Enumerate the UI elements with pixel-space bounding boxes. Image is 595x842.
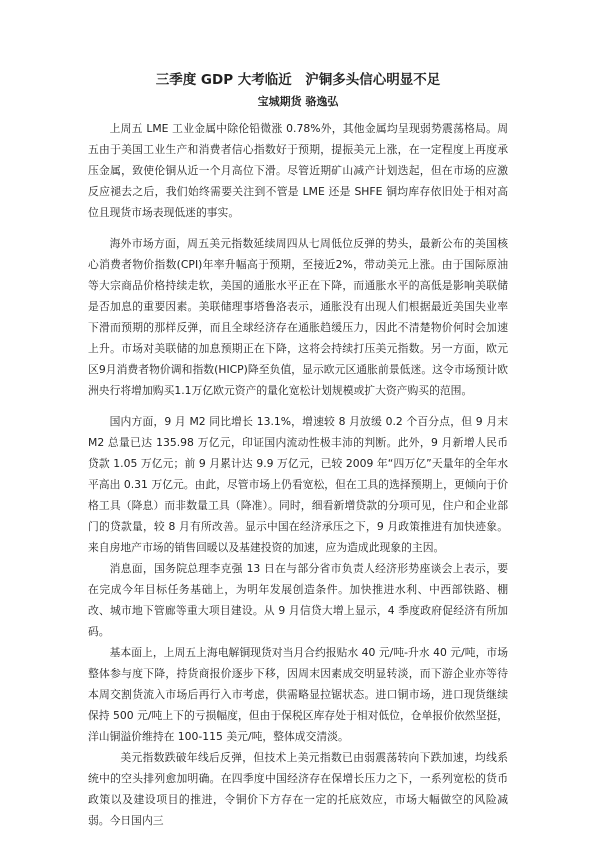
paragraph-news-state-council: 消息面，国务院总理李克强 13 日在与部分省市负责人经济形势座谈会上表示，要在完… bbox=[88, 558, 508, 642]
paragraph-overseas-markets: 海外市场方面，周五美元指数延续周四从七周低位反弹的势头，最新公布的美国核心消费者… bbox=[88, 233, 508, 401]
paragraph-lme-overview: 上周五 LME 工业金属中除伦铅微涨 0.78%外，其他金属均呈现弱势震荡格局。… bbox=[88, 118, 508, 223]
document-page: 三季度 GDP 大考临近 沪铜多头信心明显不足 宝城期货 骆逸弘 上周五 LME… bbox=[0, 0, 595, 842]
document-title: 三季度 GDP 大考临近 沪铜多头信心明显不足 bbox=[88, 70, 508, 90]
paragraph-fundamentals-spot-copper: 基本面上，上周五上海电解铜现货对当月合约报贴水 40 元/吨-升水 40 元/吨… bbox=[88, 642, 508, 747]
paragraph-domestic-m2-credit: 国内方面，9 月 M2 同比增长 13.1%，增速较 8 月放缓 0.2 个百分… bbox=[88, 411, 508, 558]
document-byline: 宝城期货 骆逸弘 bbox=[88, 93, 508, 111]
document-body: 上周五 LME 工业金属中除伦铅微涨 0.78%外，其他金属均呈现弱势震荡格局。… bbox=[88, 118, 508, 831]
paragraph-dollar-index-outlook: 美元指数跌破年线后反弹，但技术上美元指数已由弱震荡转向下跌加速，均线系统中的空头… bbox=[88, 747, 508, 831]
document-content: 三季度 GDP 大考临近 沪铜多头信心明显不足 宝城期货 骆逸弘 上周五 LME… bbox=[88, 70, 508, 831]
